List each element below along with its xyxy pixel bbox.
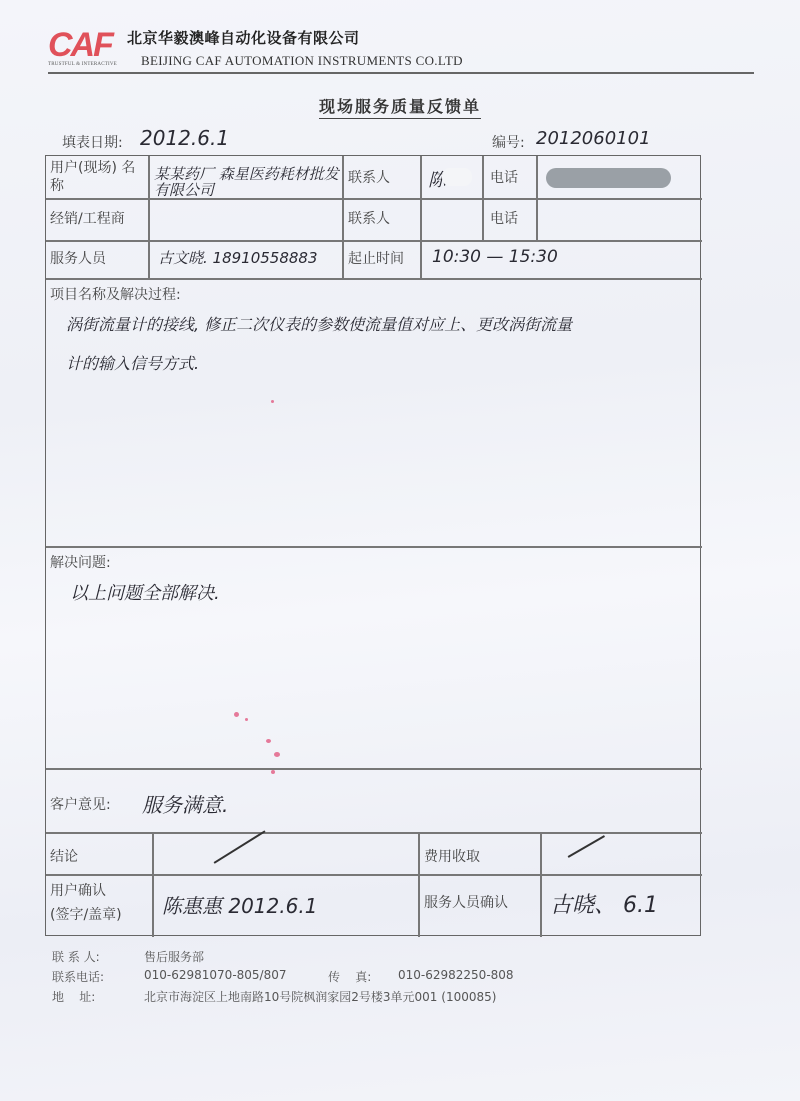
service-staff-value: 古文晓. 18910558883 <box>158 247 318 268</box>
stamp-mark <box>271 770 275 774</box>
logo-mark: CAF <box>48 28 112 62</box>
footer-address-value: 北京市海淀区上地南路10号院枫润家园2号楼3单元001 (100085) <box>144 988 496 1005</box>
company-name-cn: 北京华毅澳峰自动化设备有限公司 <box>127 27 360 48</box>
footer-phone-value: 010-62981070-805/807 <box>144 968 287 982</box>
footer-address-label: 地 址: <box>52 988 95 1005</box>
footer-contact-value: 售后服务部 <box>144 948 204 965</box>
fee-slash-mark <box>568 835 605 857</box>
process-value-line2: 计的输入信号方式. <box>66 351 199 374</box>
footer-fax-label: 传 真: <box>328 968 371 985</box>
footer-contact-label: 联 系 人: <box>52 948 100 965</box>
process-label: 项目名称及解决过程: <box>50 286 181 304</box>
footer-fax-value: 010-62982250-808 <box>398 968 514 982</box>
conclusion-label: 结论 <box>50 848 78 866</box>
number-label: 编号: <box>492 132 525 152</box>
user-signature: 陈惠惠 2012.6.1 <box>162 890 317 919</box>
dealer-phone-label: 电话 <box>490 210 518 228</box>
stamp-mark <box>234 712 239 717</box>
logo-tagline: TRUSTFUL & INTERACTIVE <box>48 62 117 67</box>
user-confirm-label: 用户确认 <box>50 882 106 900</box>
time-label: 起止时间 <box>348 250 404 268</box>
form-title: 现场服务质量反馈单 <box>0 94 800 117</box>
number-value: 2012060101 <box>536 128 651 149</box>
footer-phone-label: 联系电话: <box>52 968 104 985</box>
resolved-label: 解决问题: <box>50 554 111 572</box>
phone-label: 电话 <box>490 169 518 187</box>
company-name-en: BEIJING CAF AUTOMATION INSTRUMENTS CO.LT… <box>141 53 463 69</box>
stamp-mark <box>274 752 280 757</box>
user-site-value: 某某药厂 森星医药耗材批发有限公司 <box>154 166 340 198</box>
dealer-label: 经销/工程商 <box>50 210 125 228</box>
date-value: 2012.6.1 <box>140 126 229 150</box>
phone-redaction <box>546 168 671 188</box>
dealer-contact-label: 联系人 <box>348 210 390 228</box>
stamp-mark <box>266 739 271 743</box>
date-label: 填表日期: <box>62 132 123 152</box>
company-logo: CAF TRUSTFUL & INTERACTIVE <box>48 28 126 68</box>
header-divider <box>48 72 754 74</box>
user-site-label: 用户(现场) 名称 <box>50 159 146 195</box>
customer-opinion-value: 服务满意. <box>142 789 228 818</box>
redaction-mark <box>442 168 472 186</box>
resolved-value: 以上问题全部解决. <box>70 579 220 605</box>
stamp-mark <box>245 718 248 721</box>
fee-label: 费用收取 <box>424 848 480 866</box>
staff-signature: 古晓、 6.1 <box>550 888 658 919</box>
time-value: 10:30 — 15:30 <box>432 247 558 267</box>
contact-label: 联系人 <box>348 169 390 187</box>
user-confirm-sub-label: (签字/盖章) <box>50 906 122 924</box>
stamp-mark <box>271 400 274 403</box>
service-staff-label: 服务人员 <box>50 250 106 268</box>
staff-confirm-label: 服务人员确认 <box>424 894 508 912</box>
feedback-table: 用户(现场) 名称 某某药厂 森星医药耗材批发有限公司 联系人 陈 电话 经销/… <box>45 155 701 936</box>
process-value-line1: 涡街流量计的接线, 修正二次仪表的参数使流量值对应上、更改涡街流量 <box>66 312 572 335</box>
customer-opinion-label: 客户意见: <box>50 796 111 814</box>
conclusion-slash-mark <box>214 830 266 863</box>
form-title-text: 现场服务质量反馈单 <box>319 97 481 119</box>
